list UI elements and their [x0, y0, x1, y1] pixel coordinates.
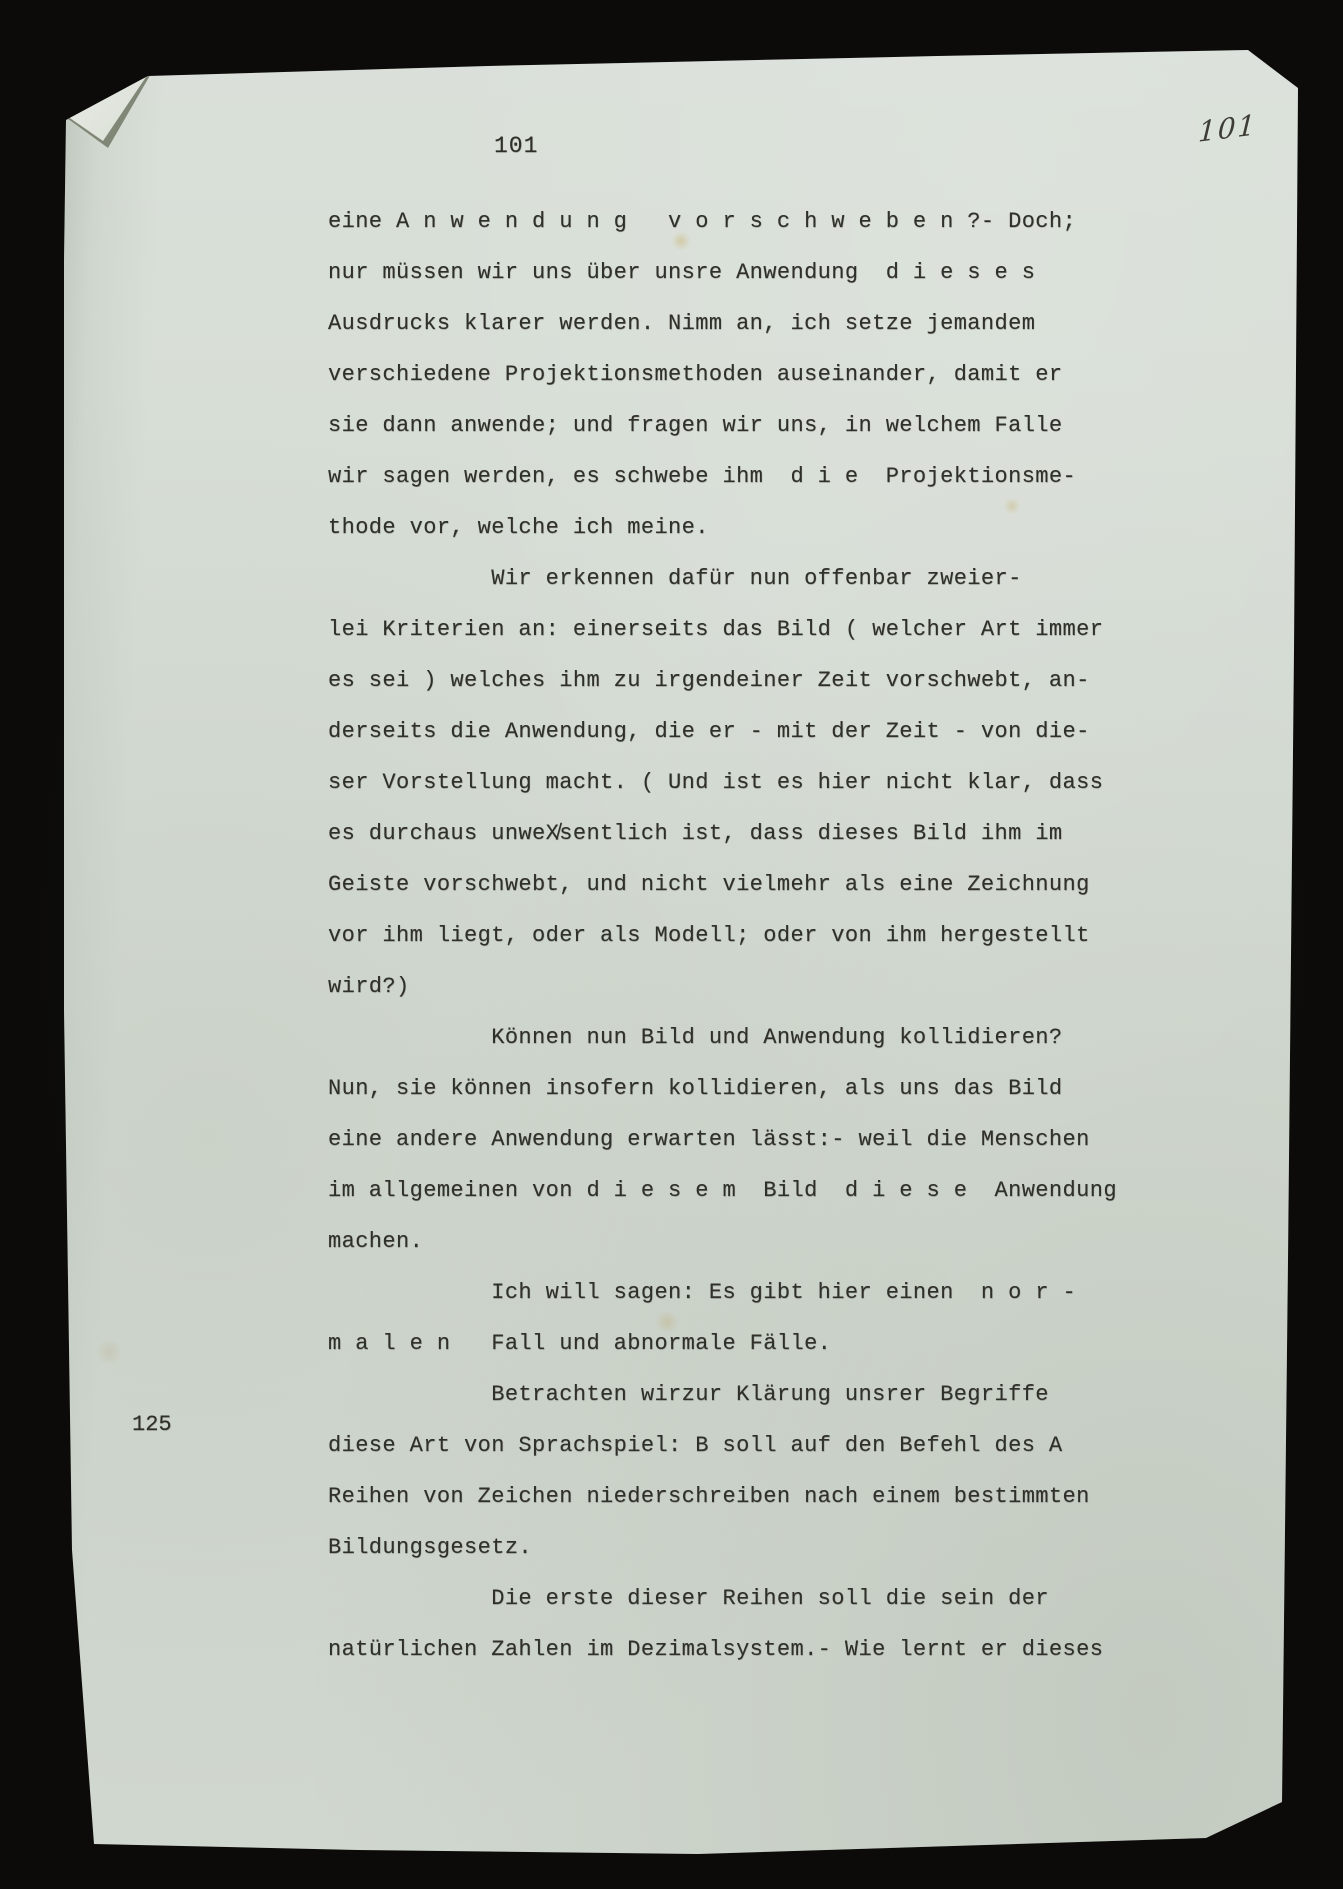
typescript-line: es durchaus unweX̸sentlich ist, dass die… — [328, 808, 1208, 859]
typescript-line: wird?) — [328, 961, 1208, 1012]
typed-page-number: 101 — [494, 132, 538, 160]
typescript-line: Ausdrucks klarer werden. Nimm an, ich se… — [328, 298, 1208, 349]
handwritten-page-number: 101 — [1197, 108, 1258, 149]
typescript-line: thode vor, welche ich meine. — [328, 502, 1208, 553]
typescript-line: Reihen von Zeichen niederschreiben nach … — [328, 1471, 1208, 1522]
typescript-line: eine A n w e n d u n g v o r s c h w e b… — [328, 196, 1208, 247]
typescript-line: m a l e n Fall und abnormale Fälle. — [328, 1318, 1208, 1369]
typescript-line: lei Kriterien an: einerseits das Bild ( … — [328, 604, 1208, 655]
manuscript-page: 101 101 125 eine A n w e n d u n g v o r… — [58, 50, 1300, 1860]
typescript-line: Geiste vorschwebt, und nicht vielmehr al… — [328, 859, 1208, 910]
typescript-line: Betrachten wirzur Klärung unsrer Begriff… — [328, 1369, 1208, 1420]
typescript-line: natürlichen Zahlen im Dezimalsystem.- Wi… — [328, 1624, 1208, 1675]
paper-stain — [94, 1340, 124, 1364]
typescript-line: Nun, sie können insofern kollidieren, al… — [328, 1063, 1208, 1114]
margin-remark-number: 125 — [132, 1412, 172, 1438]
typescript-line: Bildungsgesetz. — [328, 1522, 1208, 1573]
typescript-line: derseits die Anwendung, die er - mit der… — [328, 706, 1208, 757]
typescript-line: Ich will sagen: Es gibt hier einen n o r… — [328, 1267, 1208, 1318]
photo-background: 101 101 125 eine A n w e n d u n g v o r… — [0, 0, 1343, 1889]
typescript-line: es sei ) welches ihm zu irgendeiner Zeit… — [328, 655, 1208, 706]
typescript-line: diese Art von Sprachspiel: B soll auf de… — [328, 1420, 1208, 1471]
typescript-line: ser Vorstellung macht. ( Und ist es hier… — [328, 757, 1208, 808]
typescript-line: im allgemeinen von d i e s e m Bild d i … — [328, 1165, 1208, 1216]
typescript-line: wir sagen werden, es schwebe ihm d i e P… — [328, 451, 1208, 502]
typescript-line: nur müssen wir uns über unsre Anwendung … — [328, 247, 1208, 298]
typescript-line: verschiedene Projektionsmethoden auseina… — [328, 349, 1208, 400]
typescript-line: sie dann anwende; und fragen wir uns, in… — [328, 400, 1208, 451]
typescript-line: eine andere Anwendung erwarten lässt:- w… — [328, 1114, 1208, 1165]
typescript-line: Wir erkennen dafür nun offenbar zweier- — [328, 553, 1208, 604]
typescript-line: Können nun Bild und Anwendung kollidiere… — [328, 1012, 1208, 1063]
typescript-line: Die erste dieser Reihen soll die sein de… — [328, 1573, 1208, 1624]
typescript-line: machen. — [328, 1216, 1208, 1267]
folded-corner — [58, 50, 198, 190]
typescript-line: vor ihm liegt, oder als Modell; oder von… — [328, 910, 1208, 961]
typescript-body: eine A n w e n d u n g v o r s c h w e b… — [328, 196, 1208, 1675]
